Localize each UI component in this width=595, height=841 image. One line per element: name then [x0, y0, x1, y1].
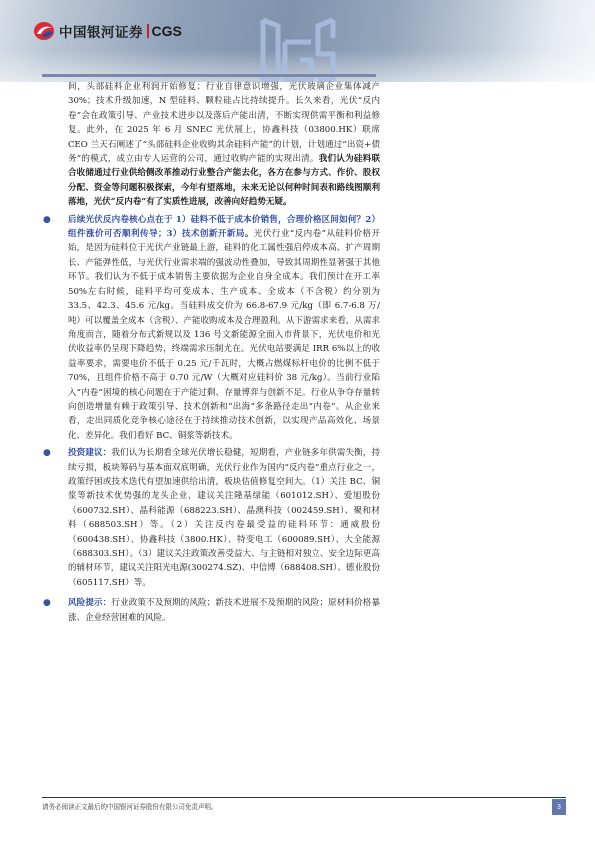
bullet-risk-warning: ● 风险提示：行业政策不及预期的风险；新技术进展不及预期的风险；原材料价格暴涨、…	[40, 596, 380, 625]
brand-logo: 中国银河证券 CGS	[33, 21, 182, 41]
bullet-heading: 风险提示：	[68, 598, 111, 608]
bullet-investment-advice: ● 投资建议：我们认为长期看全球光伏增长稳健，短期看，产业链多年供需失衡，持续亏…	[40, 446, 380, 590]
bullet-body: 行业政策不及预期的风险；新技术进展不及预期的风险；原材料价格暴涨、企业经营困难的…	[68, 598, 380, 622]
bullet-body: 我们认为长期看全球光伏增长稳健，短期看，产业链多年供需失衡，持续亏损，板块筹码与…	[68, 448, 380, 588]
galaxy-logo-icon	[33, 21, 55, 41]
bullet-core-points: ● 后续光伏反内卷核心点在于 1）硅料不低于成本价销售，合理价格区间如何？2）组…	[40, 213, 380, 444]
bullet-icon: ●	[43, 596, 51, 610]
brand-separator	[147, 24, 149, 38]
bullet-paragraph: 投资建议：我们认为长期看全球光伏增长稳健，短期看，产业链多年供需失衡，持续亏损，…	[68, 446, 380, 590]
bullet-body: 光伏行业“反内卷”从硅料价格开始，是因为硅料位于光伏产业链最上游，硅料的化工属性…	[68, 229, 380, 441]
page-number: 3	[552, 799, 566, 815]
bullet-heading: 投资建议：	[68, 448, 111, 458]
bullet-paragraph: 风险提示：行业政策不及预期的风险；新技术进展不及预期的风险；原材料价格暴涨、企业…	[68, 596, 380, 625]
bullet-icon: ●	[43, 213, 51, 227]
footer-disclaimer: 请务必阅读正文最后的中国银河证券股份有限公司免责声明。	[42, 801, 217, 811]
intro-paragraph: 间，头部硅料企业利润开始修复；行业自律意识增强，光伏玻璃企业集体减产30%；技术…	[68, 80, 380, 210]
intro-text: 间，头部硅料企业利润开始修复；行业自律意识增强，光伏玻璃企业集体减产30%；技术…	[68, 82, 380, 164]
brand-name-cn: 中国银河证券	[59, 21, 143, 41]
header-rule	[42, 74, 376, 77]
footer-rule	[42, 797, 566, 798]
intro-block: 间，头部硅料企业利润开始修复；行业自律意识增强，光伏玻璃企业集体减产30%；技术…	[40, 80, 380, 210]
bullet-paragraph: 后续光伏反内卷核心点在于 1）硅料不低于成本价销售，合理价格区间如何？2）组件涨…	[68, 213, 380, 444]
cgs-watermark-icon	[258, 8, 338, 82]
bullet-icon: ●	[43, 446, 51, 460]
report-body: 间，头部硅料企业利润开始修复；行业自律意识增强，光伏玻璃企业集体减产30%；技术…	[40, 80, 380, 625]
brand-name-en: CGS	[152, 23, 182, 39]
